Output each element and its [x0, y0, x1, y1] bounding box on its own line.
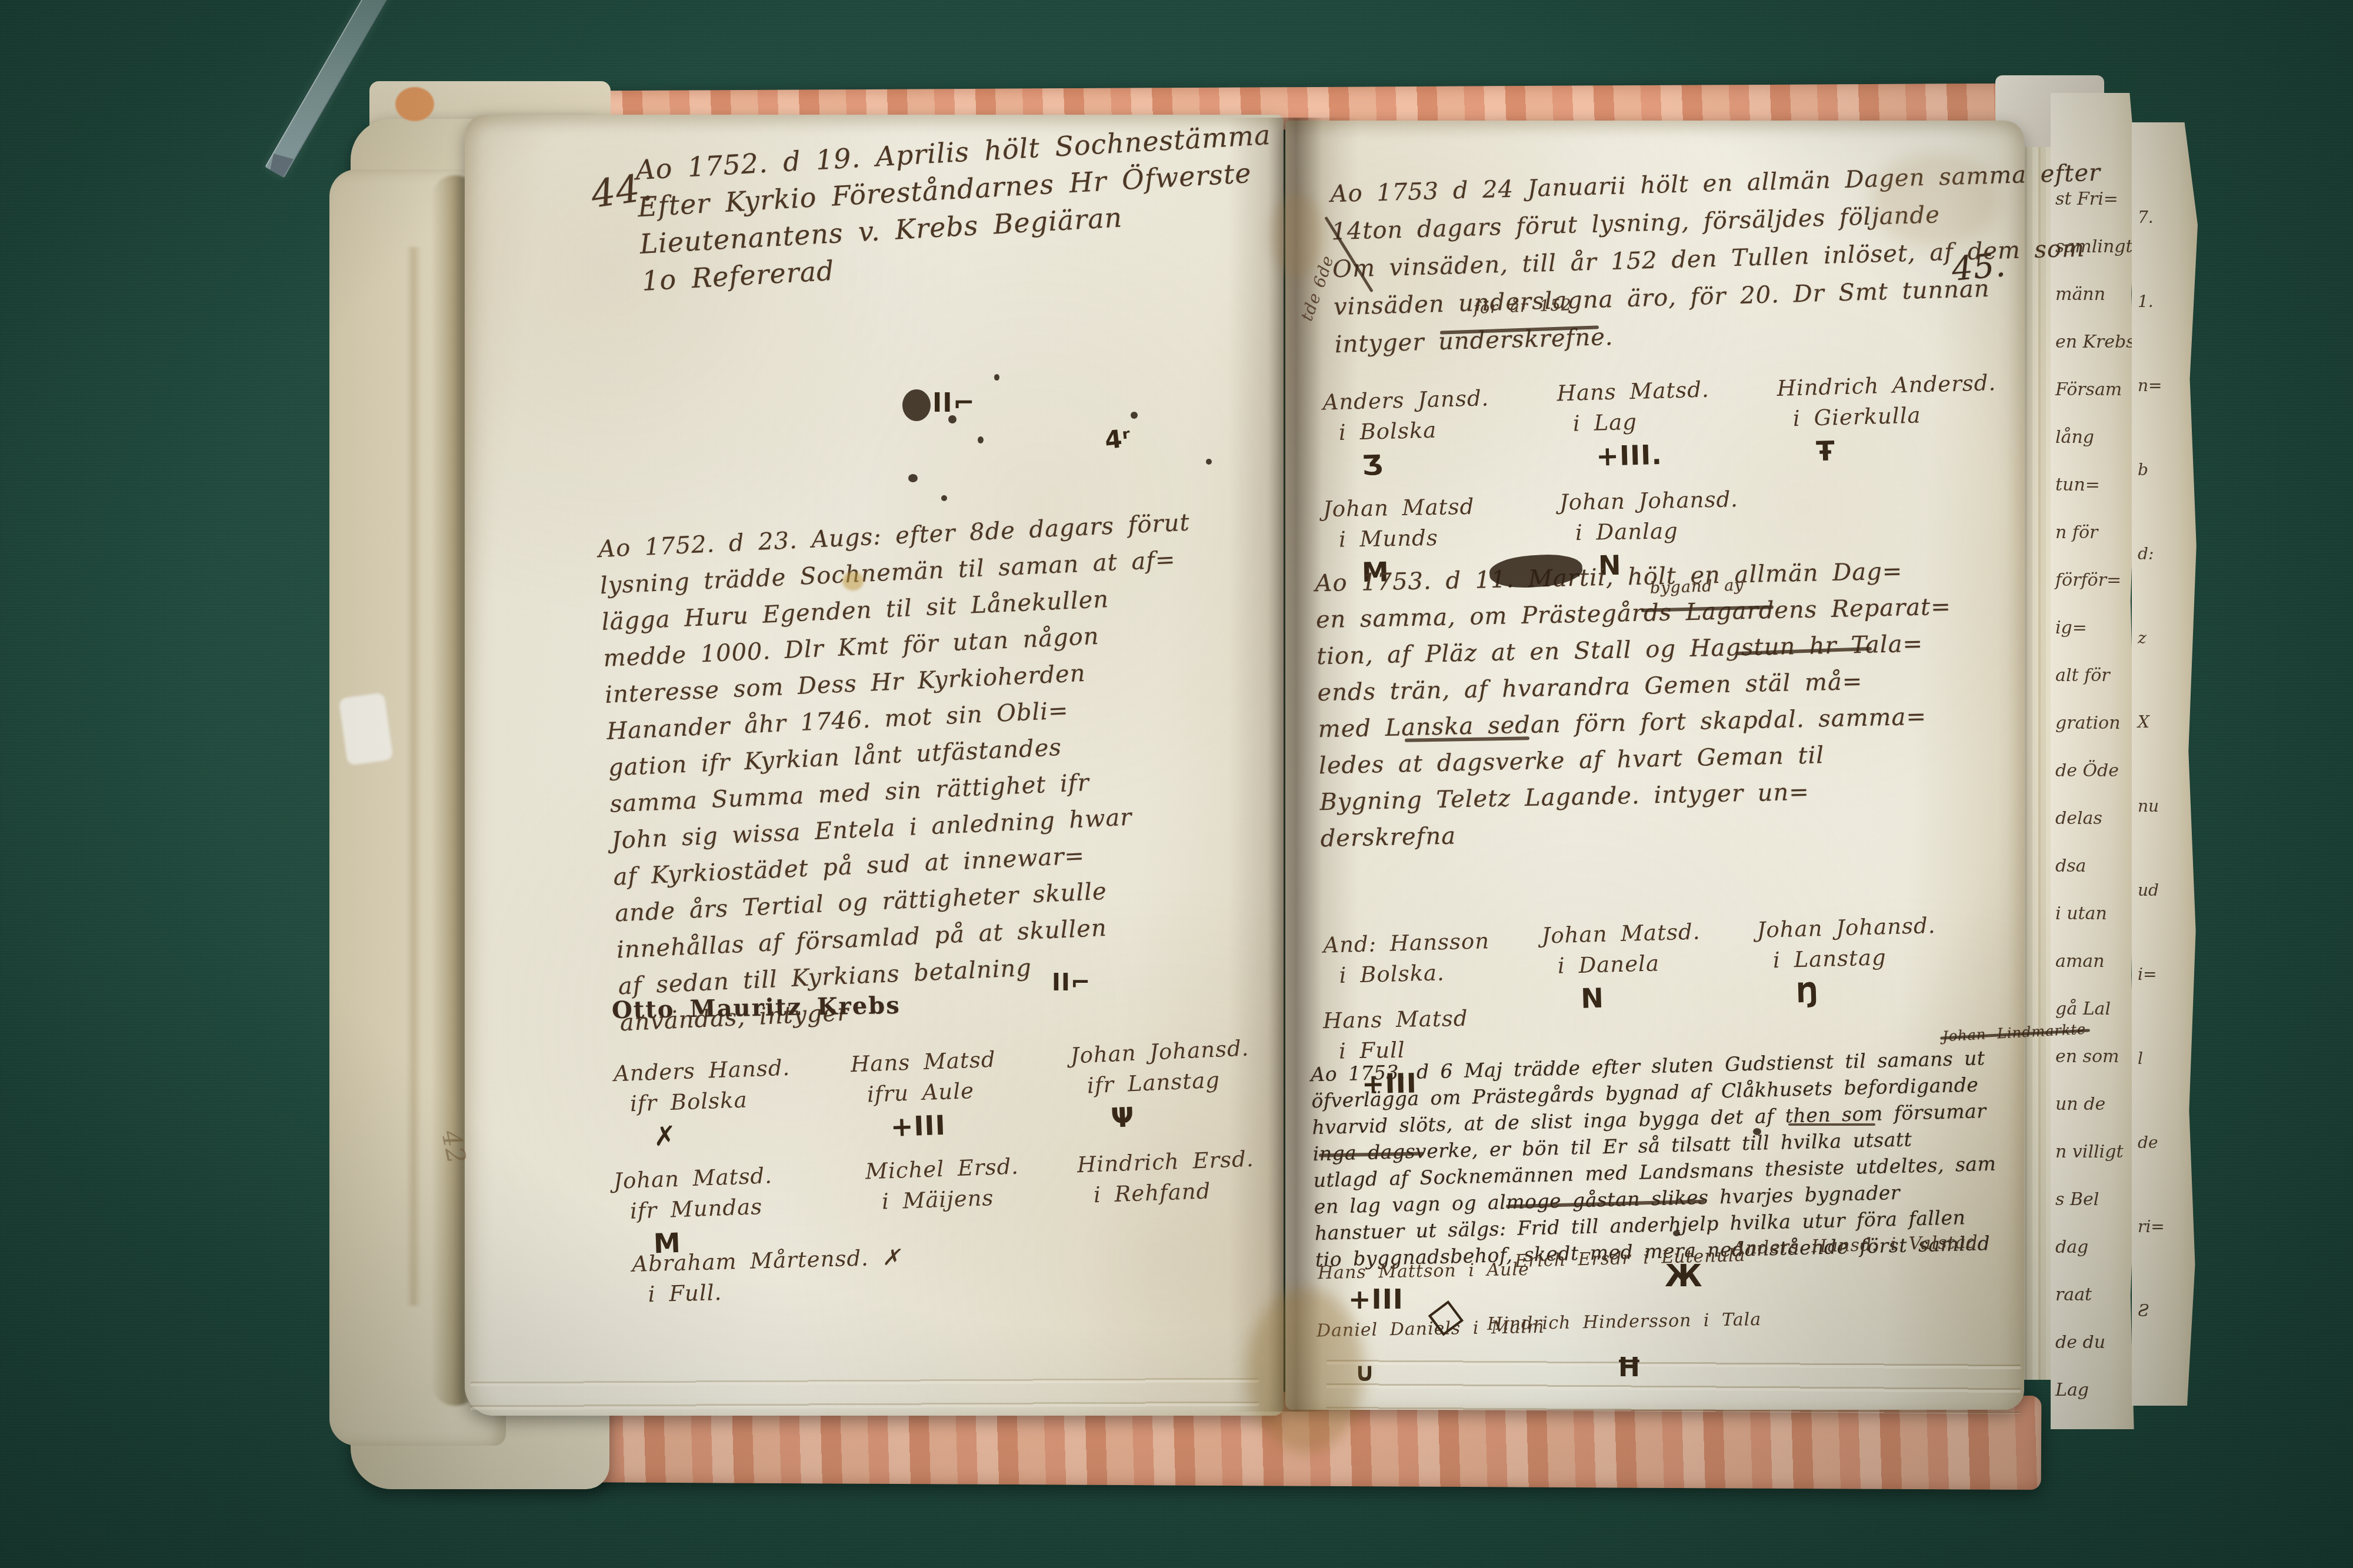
witness-bomark: N: [1581, 980, 1702, 1013]
handwritten-line: b: [2138, 428, 2165, 512]
entry-1752-august: Ao 1752. d 23. Augs: efter 8de dagars fö…: [598, 505, 1212, 1042]
signature-otto-mauritz-krebs: Otto Mauritz Krebs: [612, 992, 901, 1025]
handwritten-line: i=: [2138, 932, 2165, 1016]
bomark-u: ∪: [1354, 1357, 1376, 1387]
witness-name: Hans Mattson i Aule: [1318, 1258, 1529, 1285]
witness-signature: Hans Mattson i Aule: [1318, 1258, 1529, 1285]
witness-name: Johan Matsd: [1323, 492, 1475, 525]
handwritten-line: förför=: [2055, 556, 2135, 604]
ink-spot: [908, 474, 918, 482]
ink-mark: 4ʳ: [1104, 423, 1132, 455]
handwritten-line: tun=: [2055, 461, 2135, 509]
handwritten-line: de: [2138, 1100, 2165, 1185]
witness-name: Johan Johansd.: [1559, 484, 1739, 518]
bomark-diamond: ◇: [1425, 1285, 1469, 1344]
handwritten-line: aman: [2055, 938, 2135, 985]
manuscript-book: 42 st Fri=samlingtmännen KrebsFörsamlång…: [0, 0, 2353, 1568]
witness-place: ifru Aule: [866, 1075, 997, 1110]
witness-place: i Bolska.: [1339, 956, 1491, 991]
witness-signature: And: Hanssoni Bolska.: [1323, 926, 1491, 991]
witness-signature: Michel Ersd.i Mäijens: [865, 1151, 1020, 1217]
handwritten-line: Försam: [2055, 366, 2135, 413]
handwritten-line: ipra=: [2055, 1414, 2135, 1462]
handwritten-line: sta: [2055, 1462, 2135, 1509]
witness-bomark: +III: [890, 1108, 998, 1142]
witness-signature: Hindrich Ersd.i Rehfand: [1076, 1144, 1255, 1211]
witness-signature: Hindrich Hindersson i Tala: [1487, 1308, 1762, 1336]
handwritten-line: i utan: [2055, 890, 2135, 938]
bomark-anchor: Ж: [1665, 1259, 1703, 1294]
handwritten-line: X: [2138, 680, 2165, 764]
witness-bomark: Ŧ: [1816, 431, 1998, 466]
handwritten-line: n=: [2138, 343, 2165, 428]
handwritten-line: ri=: [2138, 1185, 2165, 1269]
interlinear-insertion: bygand ay: [1650, 576, 1745, 598]
witness-name: Johan Matsd.: [1541, 916, 1701, 951]
ink-mark: II⌐: [1052, 969, 1091, 996]
handwritten-line: nu: [2138, 764, 2165, 848]
witness-name: Anders Hansd.: [613, 1053, 791, 1089]
witness-signature: Johan Johansd.i LanstagŊ: [1757, 910, 1938, 1009]
witness-name: Hindrich Andersd.: [1777, 368, 1997, 404]
handwritten-line: delas: [2055, 795, 2135, 842]
witness-signature: Anders Hansd.ifr Bolska✗: [613, 1053, 793, 1153]
handwritten-line: ud: [2138, 848, 2165, 932]
handwritten-line: 7.: [2138, 175, 2165, 259]
witness-place: ifr Lanstag: [1086, 1063, 1251, 1101]
witness-name: And: Hansson: [1323, 926, 1490, 960]
handwritten-line: de Öde: [2055, 747, 2135, 795]
witness-place: i Gierkulla: [1792, 398, 1997, 434]
witness-name: Hans Matsd: [1323, 1003, 1468, 1036]
interlinear-insertion: för år 152: [1474, 296, 1572, 318]
witness-signature: Johan Matsd.i DanelaN: [1541, 916, 1702, 1015]
handwritten-line: de du: [2055, 1319, 2135, 1366]
ink-spot: [1206, 459, 1212, 465]
witness-name: Johan Matsd.: [613, 1160, 772, 1196]
witness-signature: Hindrich Andersd.i GierkullaŦ: [1777, 368, 1998, 468]
witness-signature: Anders Jansd.i BolskaƷ: [1322, 383, 1491, 481]
witness-place: i Rehfand: [1093, 1175, 1255, 1211]
witness-signature: Hans Matsd.i Lag+III.: [1557, 375, 1711, 473]
witness-place: i Lag: [1572, 405, 1710, 439]
witness-bomark: Ψ: [1110, 1096, 1252, 1133]
witness-bomark: Ŋ: [1796, 974, 1938, 1008]
entry-1753-march: Ao 1753. d 11. Martii, hölt en allmän Da…: [1315, 552, 1956, 858]
ink-blot: [902, 389, 931, 421]
repair-tissue-patch: [338, 692, 393, 766]
ink-spot: [994, 374, 999, 381]
witness-name: Hans Matsd: [850, 1045, 996, 1080]
witness-name: Hans Matsd.: [1557, 375, 1709, 409]
ink-spot: [978, 436, 984, 443]
bomark-h: Ħ: [1617, 1353, 1642, 1383]
handwritten-line: un de: [2055, 1080, 2135, 1128]
handwritten-line: Ƨ: [2138, 1269, 2165, 1353]
witness-bomark: ✗: [653, 1116, 793, 1152]
witness-bomark: +III.: [1596, 438, 1711, 472]
fragment-text-column: 7.1.n=bd:zXnuudi=lderi=Ƨ: [2138, 175, 2165, 1353]
witness-signature: Johan Matsd.ifr MundasM: [613, 1160, 775, 1260]
witness-place: i Bolska: [1338, 413, 1490, 448]
witness-name: Hindrich Hindersson i Tala: [1487, 1308, 1762, 1336]
handwritten-line: d:: [2138, 512, 2165, 596]
handwritten-line: lång: [2055, 413, 2135, 461]
witness-place: i Danela: [1557, 947, 1701, 981]
handwritten-line: en som: [2055, 1033, 2135, 1080]
page-stack-crease: [406, 247, 421, 1306]
underline-mark: [1788, 1123, 1875, 1126]
ink-spot: [1673, 1230, 1680, 1236]
witness-name: Johan Johansd.: [1757, 910, 1936, 946]
witness-place: i Munds: [1339, 522, 1475, 555]
ink-spot: [1131, 412, 1138, 419]
witness-name: Michel Ersd.: [865, 1151, 1019, 1187]
handwritten-line: raat: [2055, 1271, 2135, 1319]
handwritten-line: z: [2138, 596, 2165, 680]
witness-place: i Danlag: [1575, 515, 1739, 548]
witness-place: i Lanstag: [1772, 941, 1937, 976]
witness-signature: Hans Matsdifru Aule+III: [850, 1045, 998, 1144]
handwritten-line: dsa: [2055, 842, 2135, 890]
handwritten-line: s Bel: [2055, 1176, 2135, 1223]
witness-place: ifr Bolska: [629, 1083, 792, 1120]
bomark-plus-three: +III: [1348, 1283, 1404, 1315]
handwritten-line: alt för: [2055, 652, 2135, 699]
handwritten-line: gration: [2055, 699, 2135, 747]
witness-bomark: Ʒ: [1362, 446, 1491, 481]
ink-spot: [941, 495, 947, 501]
ink-mark: II⌐: [932, 388, 975, 418]
handwritten-line: n villigt: [2055, 1128, 2135, 1176]
witness-name: Hindrich Ersd.: [1076, 1144, 1254, 1180]
witness-name: Anders Jansd.: [1322, 383, 1489, 418]
next-page-edge-outer: 7.1.n=bd:zXnuudi=lderi=Ƨ: [2132, 122, 2198, 1406]
ink-spot: [1753, 1128, 1761, 1135]
handwritten-line: ig=: [2055, 604, 2135, 652]
handwritten-line: Lag: [2055, 1366, 2135, 1414]
fragment-text-column: st Fri=samlingtmännen KrebsFörsamlångtun…: [2055, 175, 2135, 1509]
witness-place: i Mäijens: [881, 1182, 1021, 1217]
handwritten-line: dag: [2055, 1223, 2135, 1271]
handwritten-line: l: [2138, 1016, 2165, 1100]
witness-signature: Abraham Mårtensd. ✗i Full.: [632, 1242, 902, 1310]
ink-spot: [948, 415, 956, 423]
handwritten-line: 1.: [2138, 259, 2165, 343]
handwritten-line: n för: [2055, 509, 2135, 556]
witness-place: ifr Mundas: [629, 1191, 774, 1226]
witness-signature: Johan Johansd.ifr LanstagΨ: [1070, 1033, 1253, 1135]
